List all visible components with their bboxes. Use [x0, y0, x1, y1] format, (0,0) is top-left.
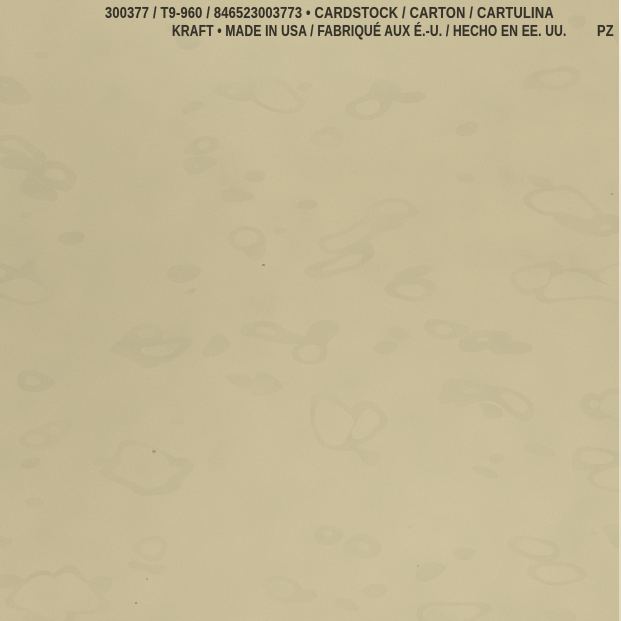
paper-speck	[152, 450, 156, 453]
paper-texture-layer	[0, 0, 621, 621]
paper-sheet: 300377 / T9-960 / 846523003773 • CARDSTO…	[0, 0, 621, 621]
paper-speck	[611, 193, 613, 195]
kraft-cardstock-photo: 300377 / T9-960 / 846523003773 • CARDSTO…	[0, 0, 621, 621]
paper-speck	[417, 565, 419, 567]
paper-speck	[262, 264, 265, 266]
origin-line: KRAFT • MADE IN USA / FABRIQUÉ AUX É.-U.…	[172, 24, 567, 40]
unit-code: PZ	[597, 24, 614, 40]
paper-speck	[135, 602, 137, 604]
paper-speck	[146, 578, 148, 580]
paper-fleck-layer	[0, 0, 621, 621]
lighting-shading	[0, 0, 621, 621]
product-code-line: 300377 / T9-960 / 846523003773 • CARDSTO…	[105, 6, 554, 22]
